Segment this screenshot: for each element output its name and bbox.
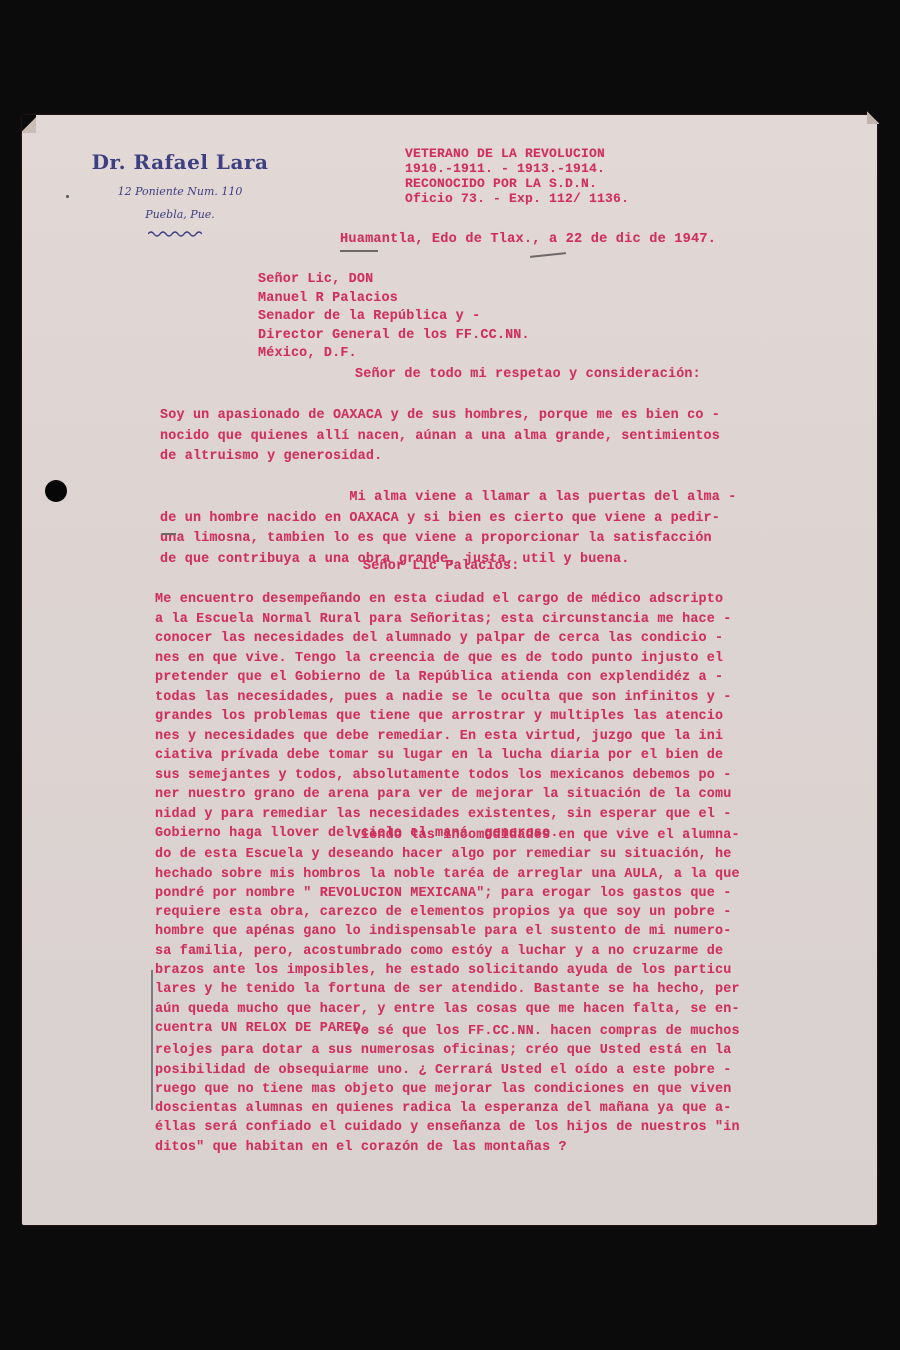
punch-hole-top <box>45 480 67 502</box>
paragraph-5: Yo sé que los FF.CC.NN. hacen compras de… <box>155 1022 740 1157</box>
recipient-line: Manuel R Palacios <box>258 290 530 309</box>
date-line: Huamantla, Edo de Tlax., a 22 de dic de … <box>340 230 716 251</box>
folded-corner-top-right <box>867 110 879 124</box>
ink-dot <box>66 195 69 198</box>
salutation-secondary: Señor Lic Palacios: <box>363 557 519 578</box>
stamp-line: RECONOCIDO POR LA S.D.N. <box>405 176 629 191</box>
paragraph-4: Viendo las incomodidades en que vive el … <box>155 826 740 1038</box>
folded-corner-top-left <box>22 115 36 133</box>
wave-ornament-icon <box>148 229 202 237</box>
stamp-line: Oficio 73. - Exp. 112/ 1136. <box>405 191 629 206</box>
salutation-primary: Señor de todo mi respetao y consideració… <box>355 365 701 386</box>
letterhead-address: 12 Poniente Num. 110 <box>80 185 280 198</box>
letterhead-name: Dr. Rafael Lara <box>80 150 280 174</box>
veteran-stamp: VETERANO DE LA REVOLUCION1910.-1911. - 1… <box>405 146 629 206</box>
paragraph-3: Me encuentro desempeñando en esta ciudad… <box>155 590 732 844</box>
paragraph-1: Soy un apasionado de OAXACA y de sus hom… <box>160 406 720 468</box>
recipient-block: Señor Lic, DONManuel R PalaciosSenador d… <box>258 271 530 364</box>
recipient-line: Señor Lic, DON <box>258 271 530 290</box>
pencil-mark <box>162 533 176 535</box>
pencil-underline <box>340 250 378 252</box>
recipient-line: Senador de la República y - <box>258 308 530 327</box>
recipient-line: México, D.F. <box>258 345 530 364</box>
pencil-margin-line <box>151 970 153 1110</box>
stamp-line: 1910.-1911. - 1913.-1914. <box>405 161 629 176</box>
recipient-line: Director General de los FF.CC.NN. <box>258 327 530 346</box>
stamp-line: VETERANO DE LA REVOLUCION <box>405 146 629 161</box>
letterhead-city: Puebla, Pue. <box>80 208 280 221</box>
